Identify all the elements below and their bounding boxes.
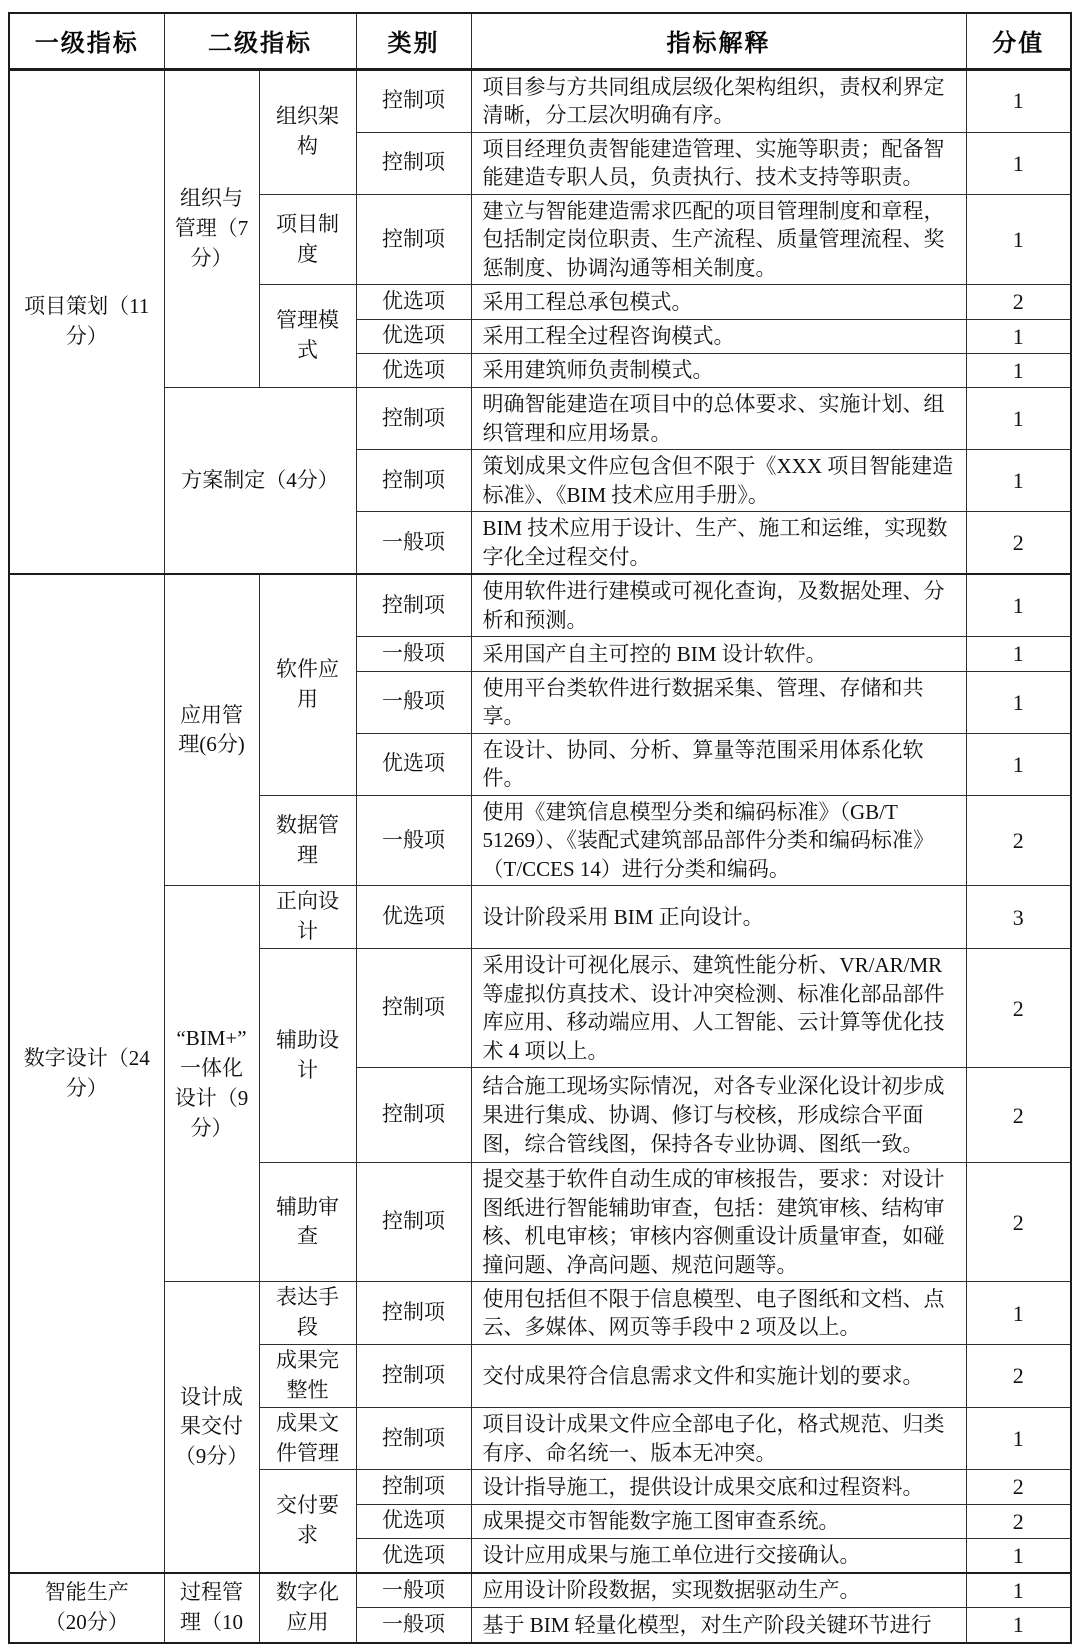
- level2-cell-application-management: 应用管 理(6分): [164, 574, 259, 886]
- explanation-cell: 使用包括但不限于信息模型、电子图纸和文档、点云、多媒体、网页等手段中 2 项及以…: [471, 1282, 966, 1345]
- explanation-cell: 采用工程总承包模式。: [471, 285, 966, 319]
- category-cell: 优选项: [356, 353, 471, 387]
- score-cell: 2: [966, 1345, 1071, 1408]
- level3-cell-digital-application: 数字化 应用: [259, 1573, 356, 1642]
- score-cell: 1: [966, 671, 1071, 733]
- header-score: 分值: [966, 13, 1071, 69]
- score-cell: 1: [966, 194, 1071, 285]
- explanation-cell: 在设计、协同、分析、算量等范围采用体系化软件。: [471, 733, 966, 795]
- category-cell: 控制项: [356, 132, 471, 194]
- score-cell: 1: [966, 574, 1071, 637]
- level1-cell-project-planning: 项目策划（11 分）: [9, 69, 164, 574]
- category-cell: 控制项: [356, 194, 471, 285]
- category-cell: 优选项: [356, 1504, 471, 1538]
- category-cell: 优选项: [356, 733, 471, 795]
- category-cell: 控制项: [356, 1068, 471, 1163]
- category-cell: 一般项: [356, 795, 471, 886]
- score-cell: 1: [966, 132, 1071, 194]
- level3-cell-assisted-design: 辅助设 计: [259, 949, 356, 1163]
- category-cell: 控制项: [356, 450, 471, 512]
- level3-cell-software-application: 软件应 用: [259, 574, 356, 795]
- header-row: 一级指标 二级指标 类别 指标解释 分值: [9, 13, 1071, 69]
- explanation-cell: 项目参与方共同组成层级化架构组织，责权利界定清晰，分工层次明确有序。: [471, 69, 966, 132]
- level2-cell-process-management: 过程管 理（10: [164, 1573, 259, 1642]
- header-category: 类别: [356, 13, 471, 69]
- header-level2-indicator: 二级指标: [164, 13, 356, 69]
- score-cell: 1: [966, 69, 1071, 132]
- score-cell: 1: [966, 733, 1071, 795]
- score-cell: 1: [966, 353, 1071, 387]
- score-cell: 1: [966, 1573, 1071, 1608]
- category-cell: 控制项: [356, 949, 471, 1068]
- level2-cell-design-deliverables: 设计成 果交付 （9分）: [164, 1282, 259, 1573]
- table-row: “BIM+” 一体化 设计（9 分） 正向设 计 优选项 设计阶段采用 BIM …: [9, 886, 1071, 949]
- score-cell: 1: [966, 1282, 1071, 1345]
- explanation-cell: 使用平台类软件进行数据采集、管理、存储和共享。: [471, 671, 966, 733]
- category-cell: 优选项: [356, 886, 471, 949]
- explanation-cell: BIM 技术应用于设计、生产、施工和运维，实现数字化全过程交付。: [471, 512, 966, 575]
- level3-cell-deliverable-completeness: 成果完 整性: [259, 1345, 356, 1408]
- explanation-cell: 设计指导施工，提供设计成果交底和过程资料。: [471, 1470, 966, 1504]
- category-cell: 控制项: [356, 388, 471, 450]
- explanation-cell: 成果提交市智能数字施工图审查系统。: [471, 1504, 966, 1538]
- explanation-cell: 策划成果文件应包含但不限于《XXX 项目智能建造标准》、《BIM 技术应用手册》…: [471, 450, 966, 512]
- level3-cell-forward-design: 正向设 计: [259, 886, 356, 949]
- score-cell: 2: [966, 795, 1071, 886]
- table-row: 项目策划（11 分） 组织与 管理（7 分） 组织架 构 控制项 项目参与方共同…: [9, 69, 1071, 132]
- table-row: 数字设计（24 分） 应用管 理(6分) 软件应 用 控制项 使用软件进行建模或…: [9, 574, 1071, 637]
- explanation-cell: 使用软件进行建模或可视化查询，及数据处理、分析和预测。: [471, 574, 966, 637]
- level2-cell-bim-integrated-design: “BIM+” 一体化 设计（9 分）: [164, 886, 259, 1282]
- level2-cell-organization-management: 组织与 管理（7 分）: [164, 69, 259, 388]
- explanation-cell: 建立与智能建造需求匹配的项目管理制度和章程，包括制定岗位职责、生产流程、质量管理…: [471, 194, 966, 285]
- category-cell: 优选项: [356, 319, 471, 353]
- score-cell: 3: [966, 886, 1071, 949]
- evaluation-criteria-table: 一级指标 二级指标 类别 指标解释 分值 项目策划（11 分） 组织与 管理（7…: [8, 12, 1072, 1644]
- explanation-cell: 采用国产自主可控的 BIM 设计软件。: [471, 637, 966, 671]
- level3-cell-expression-means: 表达手 段: [259, 1282, 356, 1345]
- level2-cell-plan-formulation: 方案制定（4分）: [164, 388, 356, 575]
- score-cell: 1: [966, 1608, 1071, 1643]
- explanation-cell: 使用《建筑信息模型分类和编码标准》（GB/T 51269）、《装配式建筑部品部件…: [471, 795, 966, 886]
- category-cell: 优选项: [356, 285, 471, 319]
- level3-cell-delivery-requirements: 交付要 求: [259, 1470, 356, 1573]
- category-cell: 控制项: [356, 1163, 471, 1282]
- explanation-cell: 交付成果符合信息需求文件和实施计划的要求。: [471, 1345, 966, 1408]
- category-cell: 控制项: [356, 1470, 471, 1504]
- score-cell: 2: [966, 1504, 1071, 1538]
- table-row: 设计成 果交付 （9分） 表达手 段 控制项 使用包括但不限于信息模型、电子图纸…: [9, 1282, 1071, 1345]
- level3-cell-assisted-review: 辅助审 查: [259, 1163, 356, 1282]
- level3-cell-project-rules: 项目制 度: [259, 194, 356, 285]
- explanation-cell: 应用设计阶段数据，实现数据驱动生产。: [471, 1573, 966, 1608]
- score-cell: 1: [966, 388, 1071, 450]
- level1-cell-digital-design: 数字设计（24 分）: [9, 574, 164, 1573]
- score-cell: 1: [966, 450, 1071, 512]
- category-cell: 控制项: [356, 1407, 471, 1470]
- score-cell: 1: [966, 319, 1071, 353]
- explanation-cell: 采用设计可视化展示、建筑性能分析、VR/AR/MR 等虚拟仿真技术、设计冲突检测…: [471, 949, 966, 1068]
- score-cell: 1: [966, 1407, 1071, 1470]
- level1-cell-smart-production: 智能生产 （20分）: [9, 1573, 164, 1642]
- explanation-cell: 提交基于软件自动生成的审核报告，要求：对设计图纸进行智能辅助审查，包括：建筑审核…: [471, 1163, 966, 1282]
- explanation-cell: 设计阶段采用 BIM 正向设计。: [471, 886, 966, 949]
- level3-cell-org-structure: 组织架 构: [259, 69, 356, 194]
- level3-cell-management-mode: 管理模 式: [259, 285, 356, 388]
- score-cell: 2: [966, 285, 1071, 319]
- explanation-cell: 设计应用成果与施工单位进行交接确认。: [471, 1538, 966, 1573]
- category-cell: 一般项: [356, 1573, 471, 1608]
- header-explanation: 指标解释: [471, 13, 966, 69]
- score-cell: 2: [966, 1470, 1071, 1504]
- score-cell: 1: [966, 1538, 1071, 1573]
- explanation-cell: 采用工程全过程咨询模式。: [471, 319, 966, 353]
- explanation-cell: 明确智能建造在项目中的总体要求、实施计划、组织管理和应用场景。: [471, 388, 966, 450]
- level3-cell-deliverable-file-management: 成果文 件管理: [259, 1407, 356, 1470]
- score-cell: 2: [966, 1163, 1071, 1282]
- explanation-cell: 结合施工现场实际情况，对各专业深化设计初步成果进行集成、协调、修订与校核，形成综…: [471, 1068, 966, 1163]
- category-cell: 一般项: [356, 1608, 471, 1643]
- category-cell: 一般项: [356, 671, 471, 733]
- category-cell: 一般项: [356, 512, 471, 575]
- explanation-cell: 基于 BIM 轻量化模型，对生产阶段关键环节进行: [471, 1608, 966, 1643]
- category-cell: 控制项: [356, 574, 471, 637]
- table-row: 方案制定（4分） 控制项 明确智能建造在项目中的总体要求、实施计划、组织管理和应…: [9, 388, 1071, 450]
- level3-cell-data-management: 数据管 理: [259, 795, 356, 886]
- header-level1-indicator: 一级指标: [9, 13, 164, 69]
- category-cell: 控制项: [356, 69, 471, 132]
- category-cell: 控制项: [356, 1345, 471, 1408]
- score-cell: 2: [966, 949, 1071, 1068]
- explanation-cell: 项目设计成果文件应全部电子化，格式规范、归类有序、命名统一、版本无冲突。: [471, 1407, 966, 1470]
- score-cell: 1: [966, 637, 1071, 671]
- score-cell: 2: [966, 1068, 1071, 1163]
- category-cell: 控制项: [356, 1282, 471, 1345]
- explanation-cell: 采用建筑师负责制模式。: [471, 353, 966, 387]
- score-cell: 2: [966, 512, 1071, 575]
- table-row: 智能生产 （20分） 过程管 理（10 数字化 应用 一般项 应用设计阶段数据，…: [9, 1573, 1071, 1608]
- category-cell: 一般项: [356, 637, 471, 671]
- category-cell: 优选项: [356, 1538, 471, 1573]
- explanation-cell: 项目经理负责智能建造管理、实施等职责；配备智能建造专职人员，负责执行、技术支持等…: [471, 132, 966, 194]
